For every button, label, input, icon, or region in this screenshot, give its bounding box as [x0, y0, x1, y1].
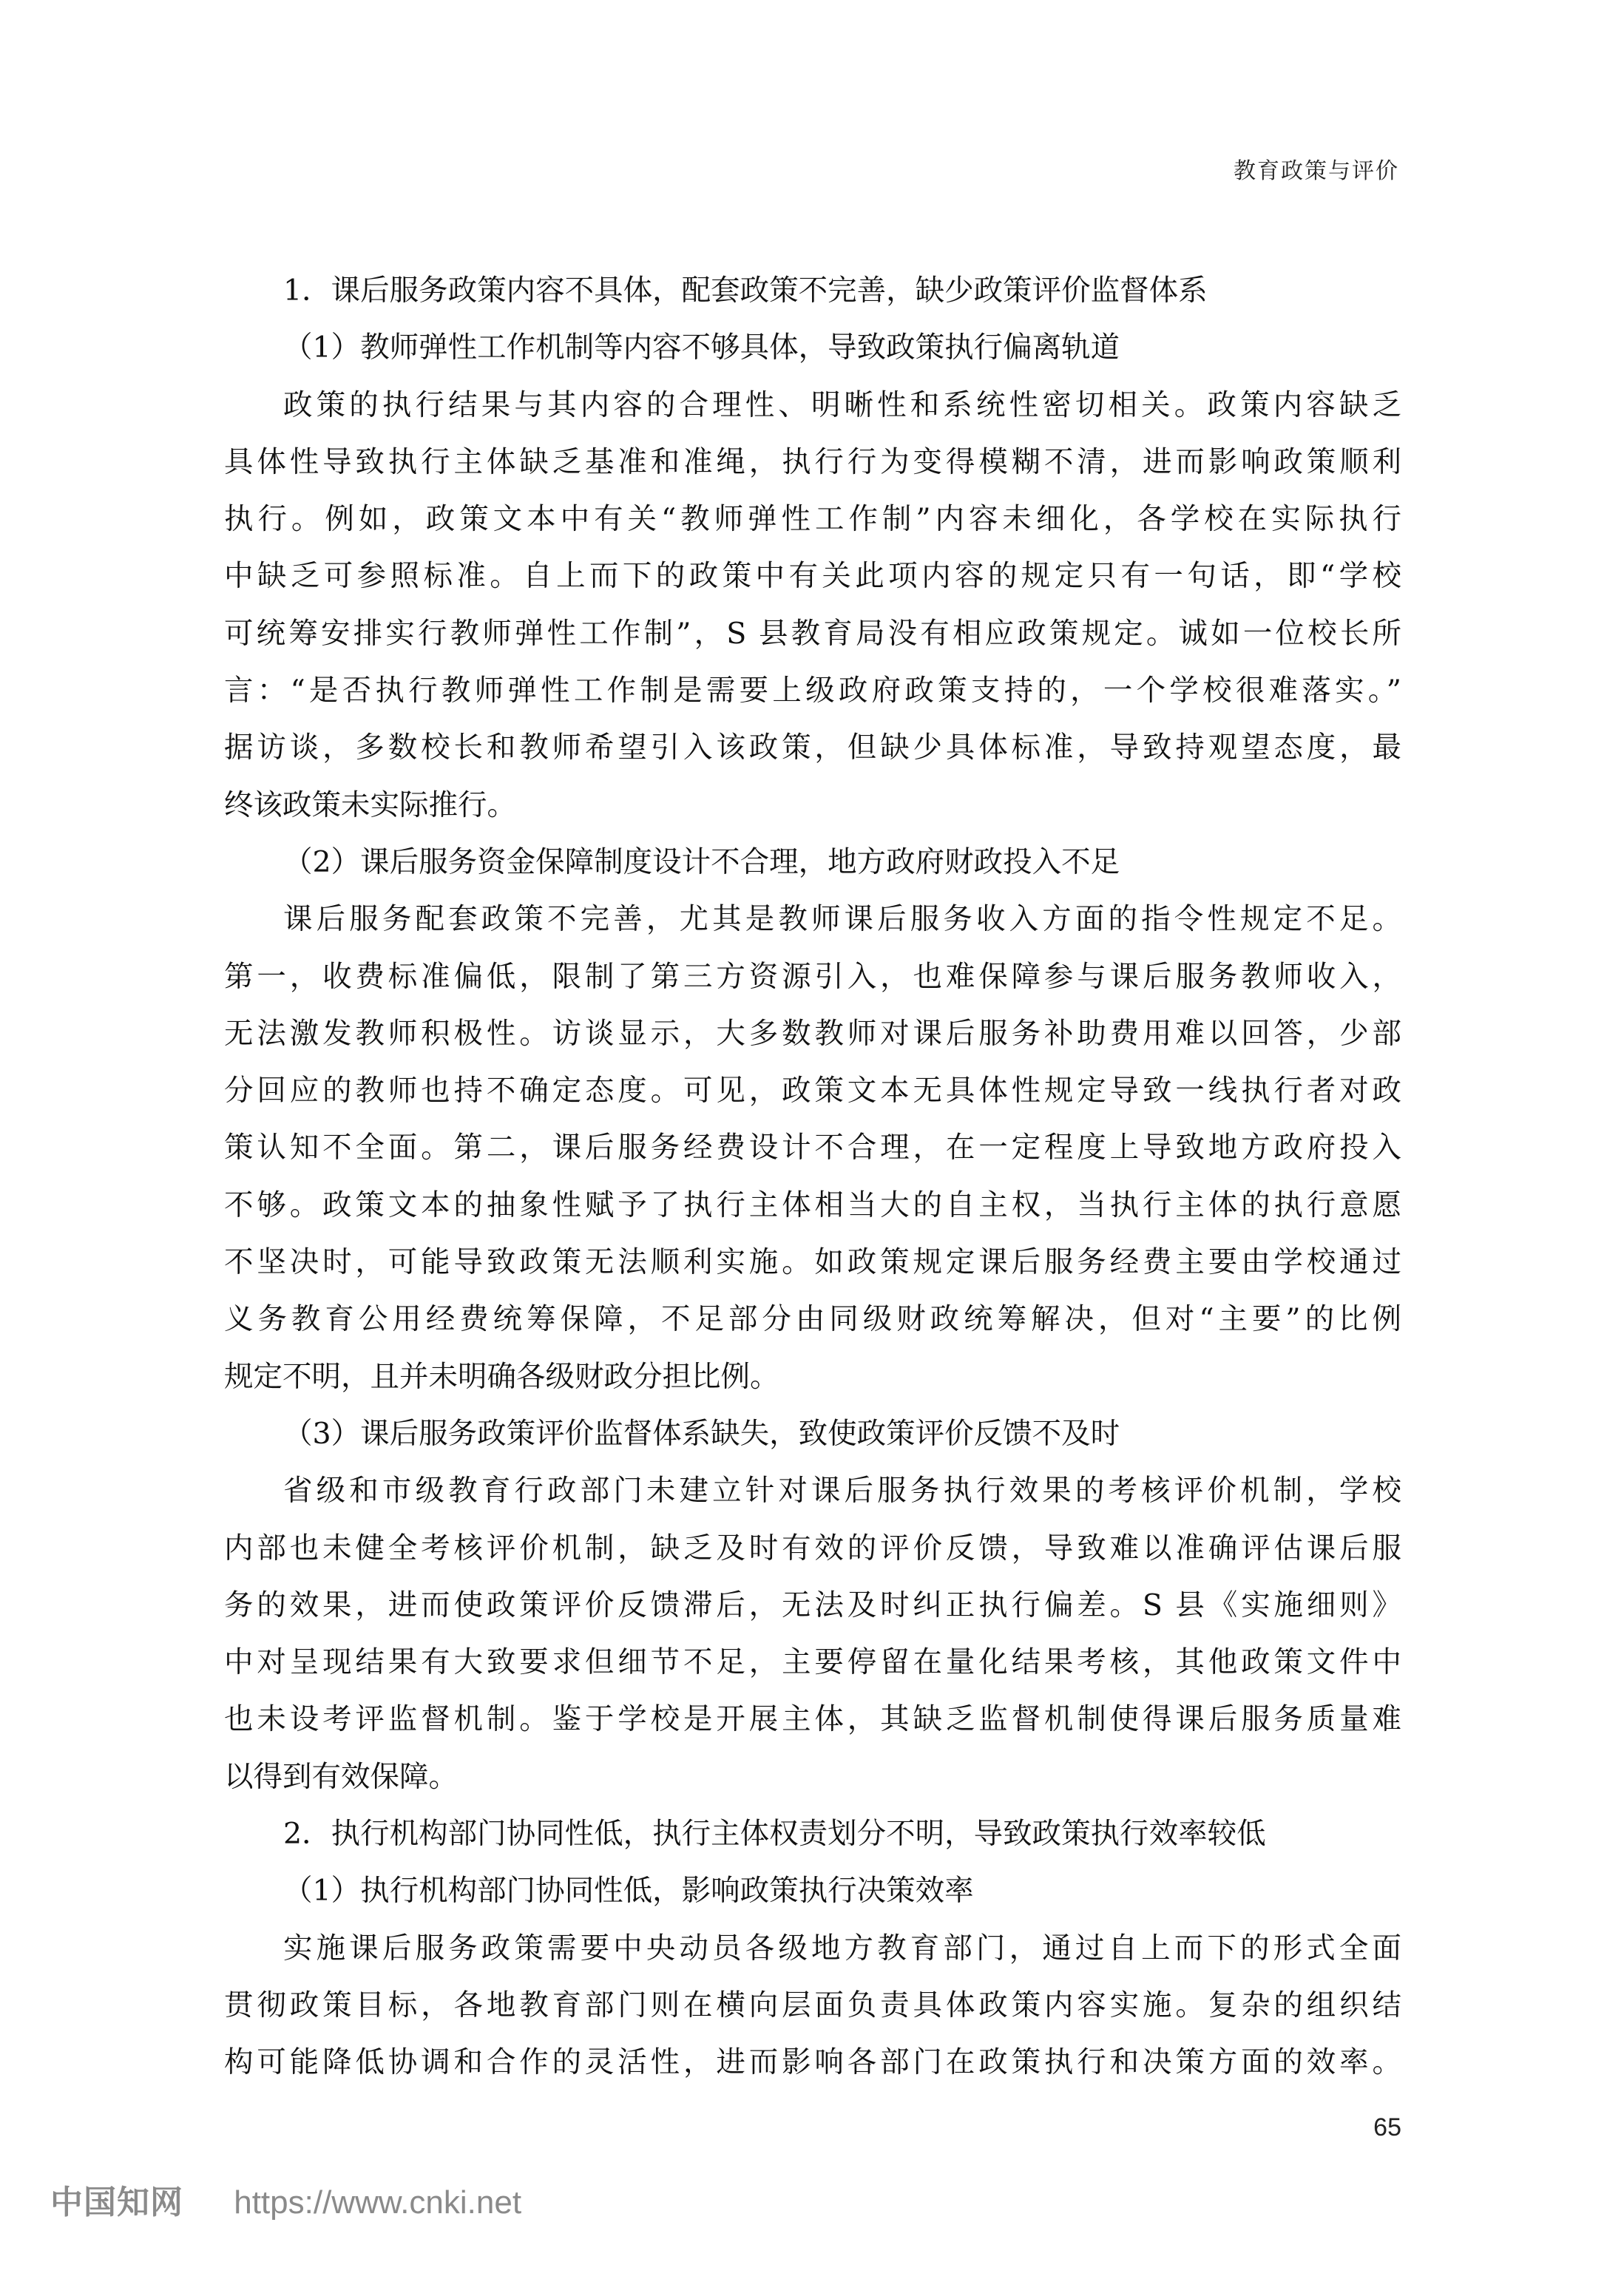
subsection-heading-1-3: （3）课后服务政策评价监督体系缺失，致使政策评价反馈不及时 — [224, 1406, 1401, 1463]
paragraph-line: 规定不明，且并未明确各级财政分担比例。 — [224, 1349, 1401, 1406]
paragraph-line: 具体性导致执行主体缺乏基准和准绳，执行行为变得模糊不清，进而影响政策顺利 — [224, 434, 1401, 491]
section-heading-1: 1．课后服务政策内容不具体，配套政策不完善，缺少政策评价监督体系 — [224, 263, 1401, 319]
paragraph-line: 构可能降低协调和合作的灵活性，进而影响各部门在政策执行和决策方面的效率。 — [224, 2034, 1401, 2091]
watermark-footer: 中国知网 https://www.cnki.net — [50, 2175, 521, 2223]
subsection-heading-1-2: （2）课后服务资金保障制度设计不合理，地方政府财政投入不足 — [224, 834, 1401, 891]
paragraph-line: 据访谈，多数校长和教师希望引入该政策，但缺少具体标准，导致持观望态度，最 — [224, 719, 1401, 776]
paragraph-line: 无法激发教师积极性。访谈显示，大多数教师对课后服务补助费用难以回答，少部 — [224, 1006, 1401, 1063]
paragraph-line: 以得到有效保障。 — [224, 1749, 1401, 1806]
paragraph-line: 执行。例如，政策文本中有关“教师弹性工作制”内容未细化，各学校在实际执行 — [224, 491, 1401, 548]
paragraph-line: 言：“是否执行教师弹性工作制是需要上级政府政策支持的，一个学校很难落实。” — [224, 663, 1401, 719]
running-header-title: 教育政策与评价 — [1183, 152, 1399, 185]
paragraph-line: 实施课后服务政策需要中央动员各级地方教育部门，通过自上而下的形式全面 — [224, 1920, 1401, 1977]
page-number: 65 — [1361, 2113, 1401, 2142]
paragraph-line: 贯彻政策目标，各地教育部门则在横向层面负责具体政策内容实施。复杂的组织结 — [224, 1977, 1401, 2034]
paragraph-line: 务的效果，进而使政策评价反馈滞后，无法及时纠正执行偏差。S 县《实施细则》 — [224, 1577, 1401, 1634]
subsection-heading-1-1: （1）教师弹性工作机制等内容不够具体，导致政策执行偏离轨道 — [224, 319, 1401, 376]
article-body: 1．课后服务政策内容不具体，配套政策不完善，缺少政策评价监督体系 （1）教师弹性… — [224, 263, 1401, 2092]
paragraph-line: 第一，收费标准偏低，限制了第三方资源引入，也难保障参与课后服务教师收入， — [224, 949, 1401, 1006]
paragraph-line: 可统筹安排实行教师弹性工作制”，S 县教育局没有相应政策规定。诚如一位校长所 — [224, 606, 1401, 663]
paragraph-line: 义务教育公用经费统筹保障，不足部分由同级财政统筹解决，但对“主要”的比例 — [224, 1291, 1401, 1348]
paragraph-line: 省级和市级教育行政部门未建立针对课后服务执行效果的考核评价机制，学校 — [224, 1463, 1401, 1520]
paragraph-line: 不坚决时，可能导致政策无法顺利实施。如政策规定课后服务经费主要由学校通过 — [224, 1234, 1401, 1291]
subsection-heading-2-1: （1）执行机构部门协同性低，影响政策执行决策效率 — [224, 1863, 1401, 1920]
section-heading-2: 2．执行机构部门协同性低，执行主体权责划分不明，导致政策执行效率较低 — [224, 1806, 1401, 1863]
paragraph-line: 内部也未健全考核评价机制，缺乏及时有效的评价反馈，导致难以准确评估课后服 — [224, 1520, 1401, 1577]
paragraph-line: 政策的执行结果与其内容的合理性、明晰性和系统性密切相关。政策内容缺乏 — [224, 377, 1401, 434]
paragraph-line: 中对呈现结果有大致要求但细节不足，主要停留在量化结果考核，其他政策文件中 — [224, 1634, 1401, 1691]
paragraph-line: 也未设考评监督机制。鉴于学校是开展主体，其缺乏监督机制使得课后服务质量难 — [224, 1691, 1401, 1748]
paragraph-line: 课后服务配套政策不完善，尤其是教师课后服务收入方面的指令性规定不足。 — [224, 891, 1401, 948]
cnki-url-link[interactable]: https://www.cnki.net — [234, 2184, 521, 2221]
paragraph-line: 终该政策未实际推行。 — [224, 777, 1401, 834]
paragraph-line: 中缺乏可参照标准。自上而下的政策中有关此项内容的规定只有一句话，即“学校 — [224, 548, 1401, 605]
paragraph-line: 分回应的教师也持不确定态度。可见，政策文本无具体性规定导致一线执行者对政 — [224, 1063, 1401, 1120]
paragraph-line: 不够。政策文本的抽象性赋予了执行主体相当大的自主权，当执行主体的执行意愿 — [224, 1177, 1401, 1234]
cnki-brand-logo: 中国知网 — [50, 2184, 183, 2221]
paragraph-line: 策认知不全面。第二，课后服务经费设计不合理，在一定程度上导致地方政府投入 — [224, 1120, 1401, 1176]
